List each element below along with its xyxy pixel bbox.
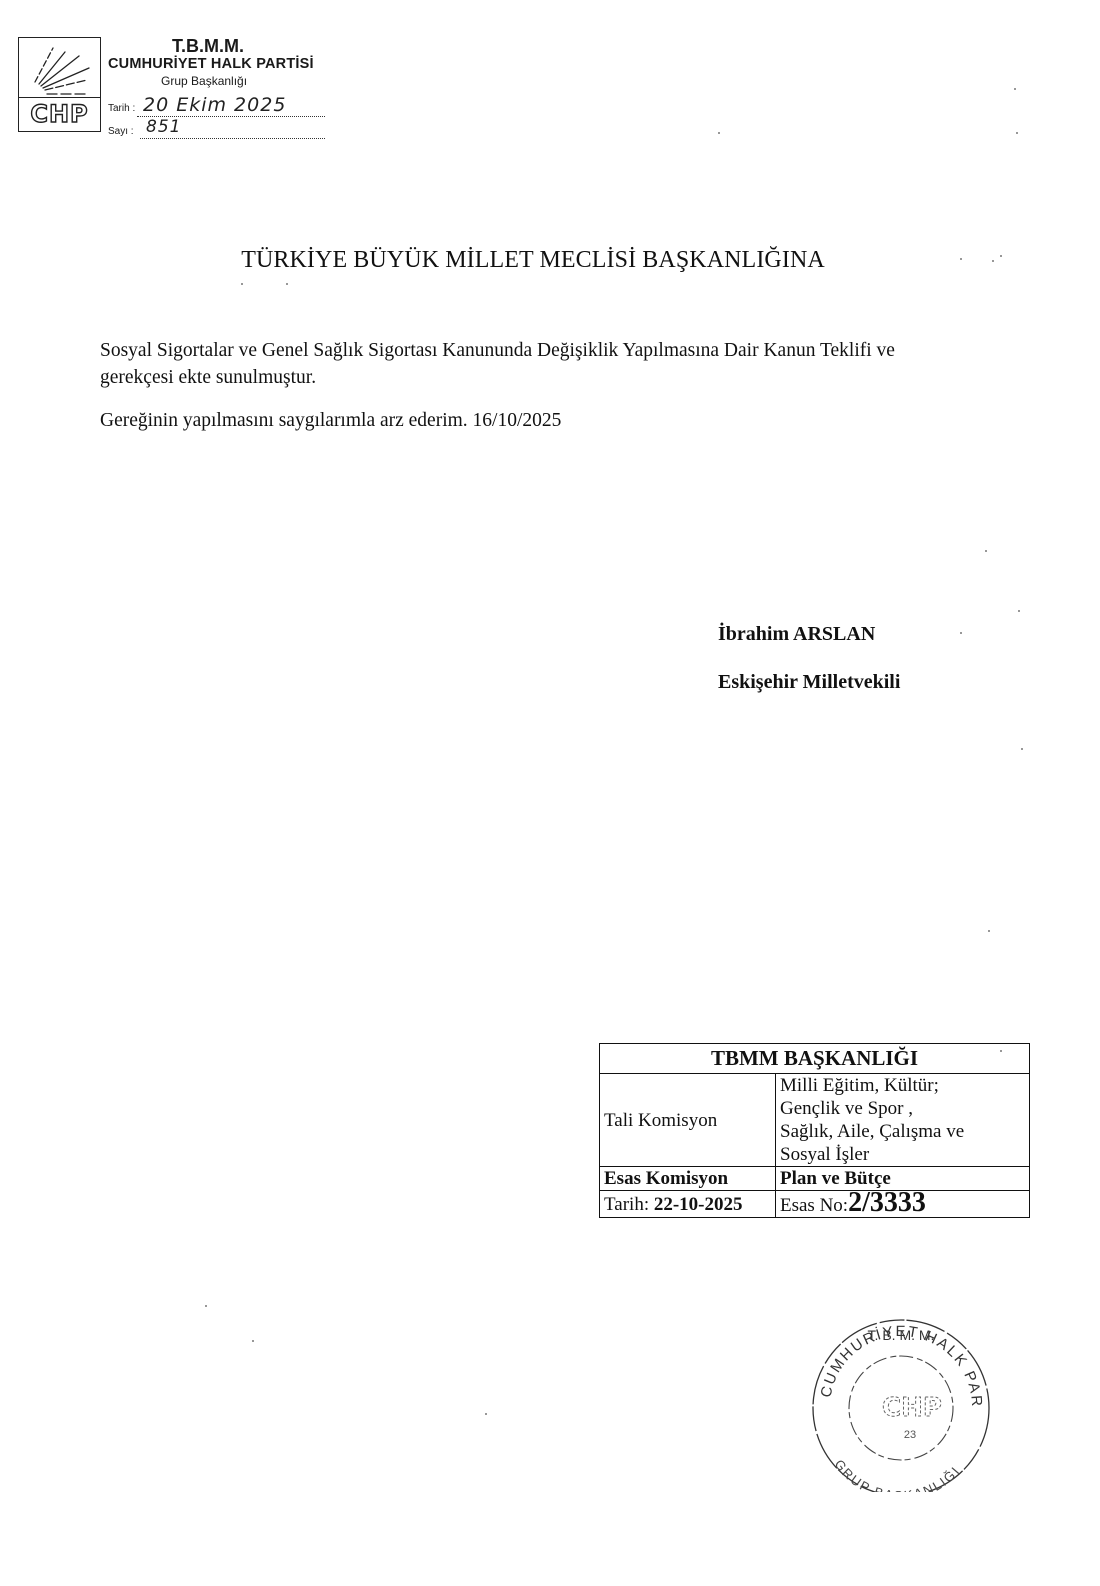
- party-arrows-icon: [25, 42, 95, 96]
- scan-speck: [718, 132, 720, 134]
- stamp-org-party: CUMHURİYET HALK PARTİSİ: [108, 56, 314, 72]
- tali-line: Sosyal İşler: [780, 1143, 1025, 1166]
- scan-speck: [1000, 1050, 1002, 1052]
- signatory-title: Eskişehir Milletvekili: [718, 671, 900, 694]
- logo-text: CHP: [19, 98, 100, 131]
- stamp-org-group: Grup Başkanlığı: [161, 74, 247, 88]
- scan-speck: [252, 1340, 254, 1342]
- stamp-number-label: Sayı :: [108, 126, 134, 137]
- scan-speck: [205, 1305, 207, 1307]
- esas-no-cell: Esas No:2/3333: [776, 1191, 1030, 1218]
- registry-date-label: Tarih:: [604, 1194, 654, 1215]
- esas-no-value: 2/3333: [848, 1187, 926, 1218]
- scan-speck: [485, 1413, 487, 1415]
- scan-speck: [1021, 748, 1023, 750]
- scan-speck: [1000, 255, 1002, 257]
- registry-heading: TBMM BAŞKANLIĞI: [600, 1044, 1030, 1074]
- scan-speck: [985, 550, 987, 552]
- tali-line: Sağlık, Aile, Çalışma ve: [780, 1120, 1025, 1143]
- party-seal-stamp: CUMHURİYET HALK PARTİSİ T. B. M. M. GRUP…: [800, 1312, 1000, 1492]
- body-paragraph: Sosyal Sigortalar ve Genel Sağlık Sigort…: [100, 337, 960, 391]
- scan-speck: [960, 632, 962, 634]
- scan-speck: [1018, 610, 1020, 612]
- svg-text:GRUP BAŞKANLIĞI: GRUP BAŞKANLIĞI: [832, 1457, 964, 1492]
- seal-center-text: CHP: [882, 1393, 942, 1423]
- stamp-date-label: Tarih :: [108, 103, 135, 114]
- esas-no-label: Esas No:: [780, 1195, 848, 1216]
- document-title: TÜRKİYE BÜYÜK MİLLET MECLİSİ BAŞKANLIĞIN…: [0, 247, 1066, 274]
- scan-speck: [1014, 88, 1016, 90]
- tali-line: Gençlik ve Spor ,: [780, 1097, 1025, 1120]
- tali-line: Milli Eğitim, Kültür;: [780, 1074, 1025, 1097]
- closing-paragraph: Gereğinin yapılmasını saygılarımla arz e…: [100, 407, 960, 434]
- scan-speck: [992, 260, 994, 262]
- stamp-org-tbmm: T.B.M.M.: [172, 36, 244, 57]
- esas-komisyon-label: Esas Komisyon: [600, 1167, 776, 1191]
- registry-table: TBMM BAŞKANLIĞI Tali Komisyon Milli Eğit…: [599, 1043, 1030, 1218]
- stamp-date-value: 20 Ekim 2025: [143, 94, 286, 116]
- seal-top-text: T. B. M. M.: [868, 1327, 935, 1343]
- scan-speck: [286, 283, 288, 285]
- signatory-name: İbrahim ARSLAN: [718, 623, 875, 646]
- scan-speck: [1016, 132, 1018, 134]
- stamp-number-value: 851: [146, 117, 181, 137]
- chp-logo: CHP: [18, 37, 101, 132]
- scan-speck: [241, 283, 243, 285]
- tali-komisyon-value: Milli Eğitim, Kültür; Gençlik ve Spor , …: [776, 1074, 1030, 1167]
- seal-center-number: 23: [904, 1429, 916, 1441]
- scan-speck: [960, 258, 962, 260]
- tali-komisyon-label: Tali Komisyon: [600, 1074, 776, 1167]
- registry-date-value: 22-10-2025: [654, 1194, 743, 1215]
- scan-speck: [988, 930, 990, 932]
- seal-bottom-text: GRUP BAŞKANLIĞI: [832, 1457, 964, 1492]
- registry-date-cell: Tarih: 22-10-2025: [600, 1191, 776, 1218]
